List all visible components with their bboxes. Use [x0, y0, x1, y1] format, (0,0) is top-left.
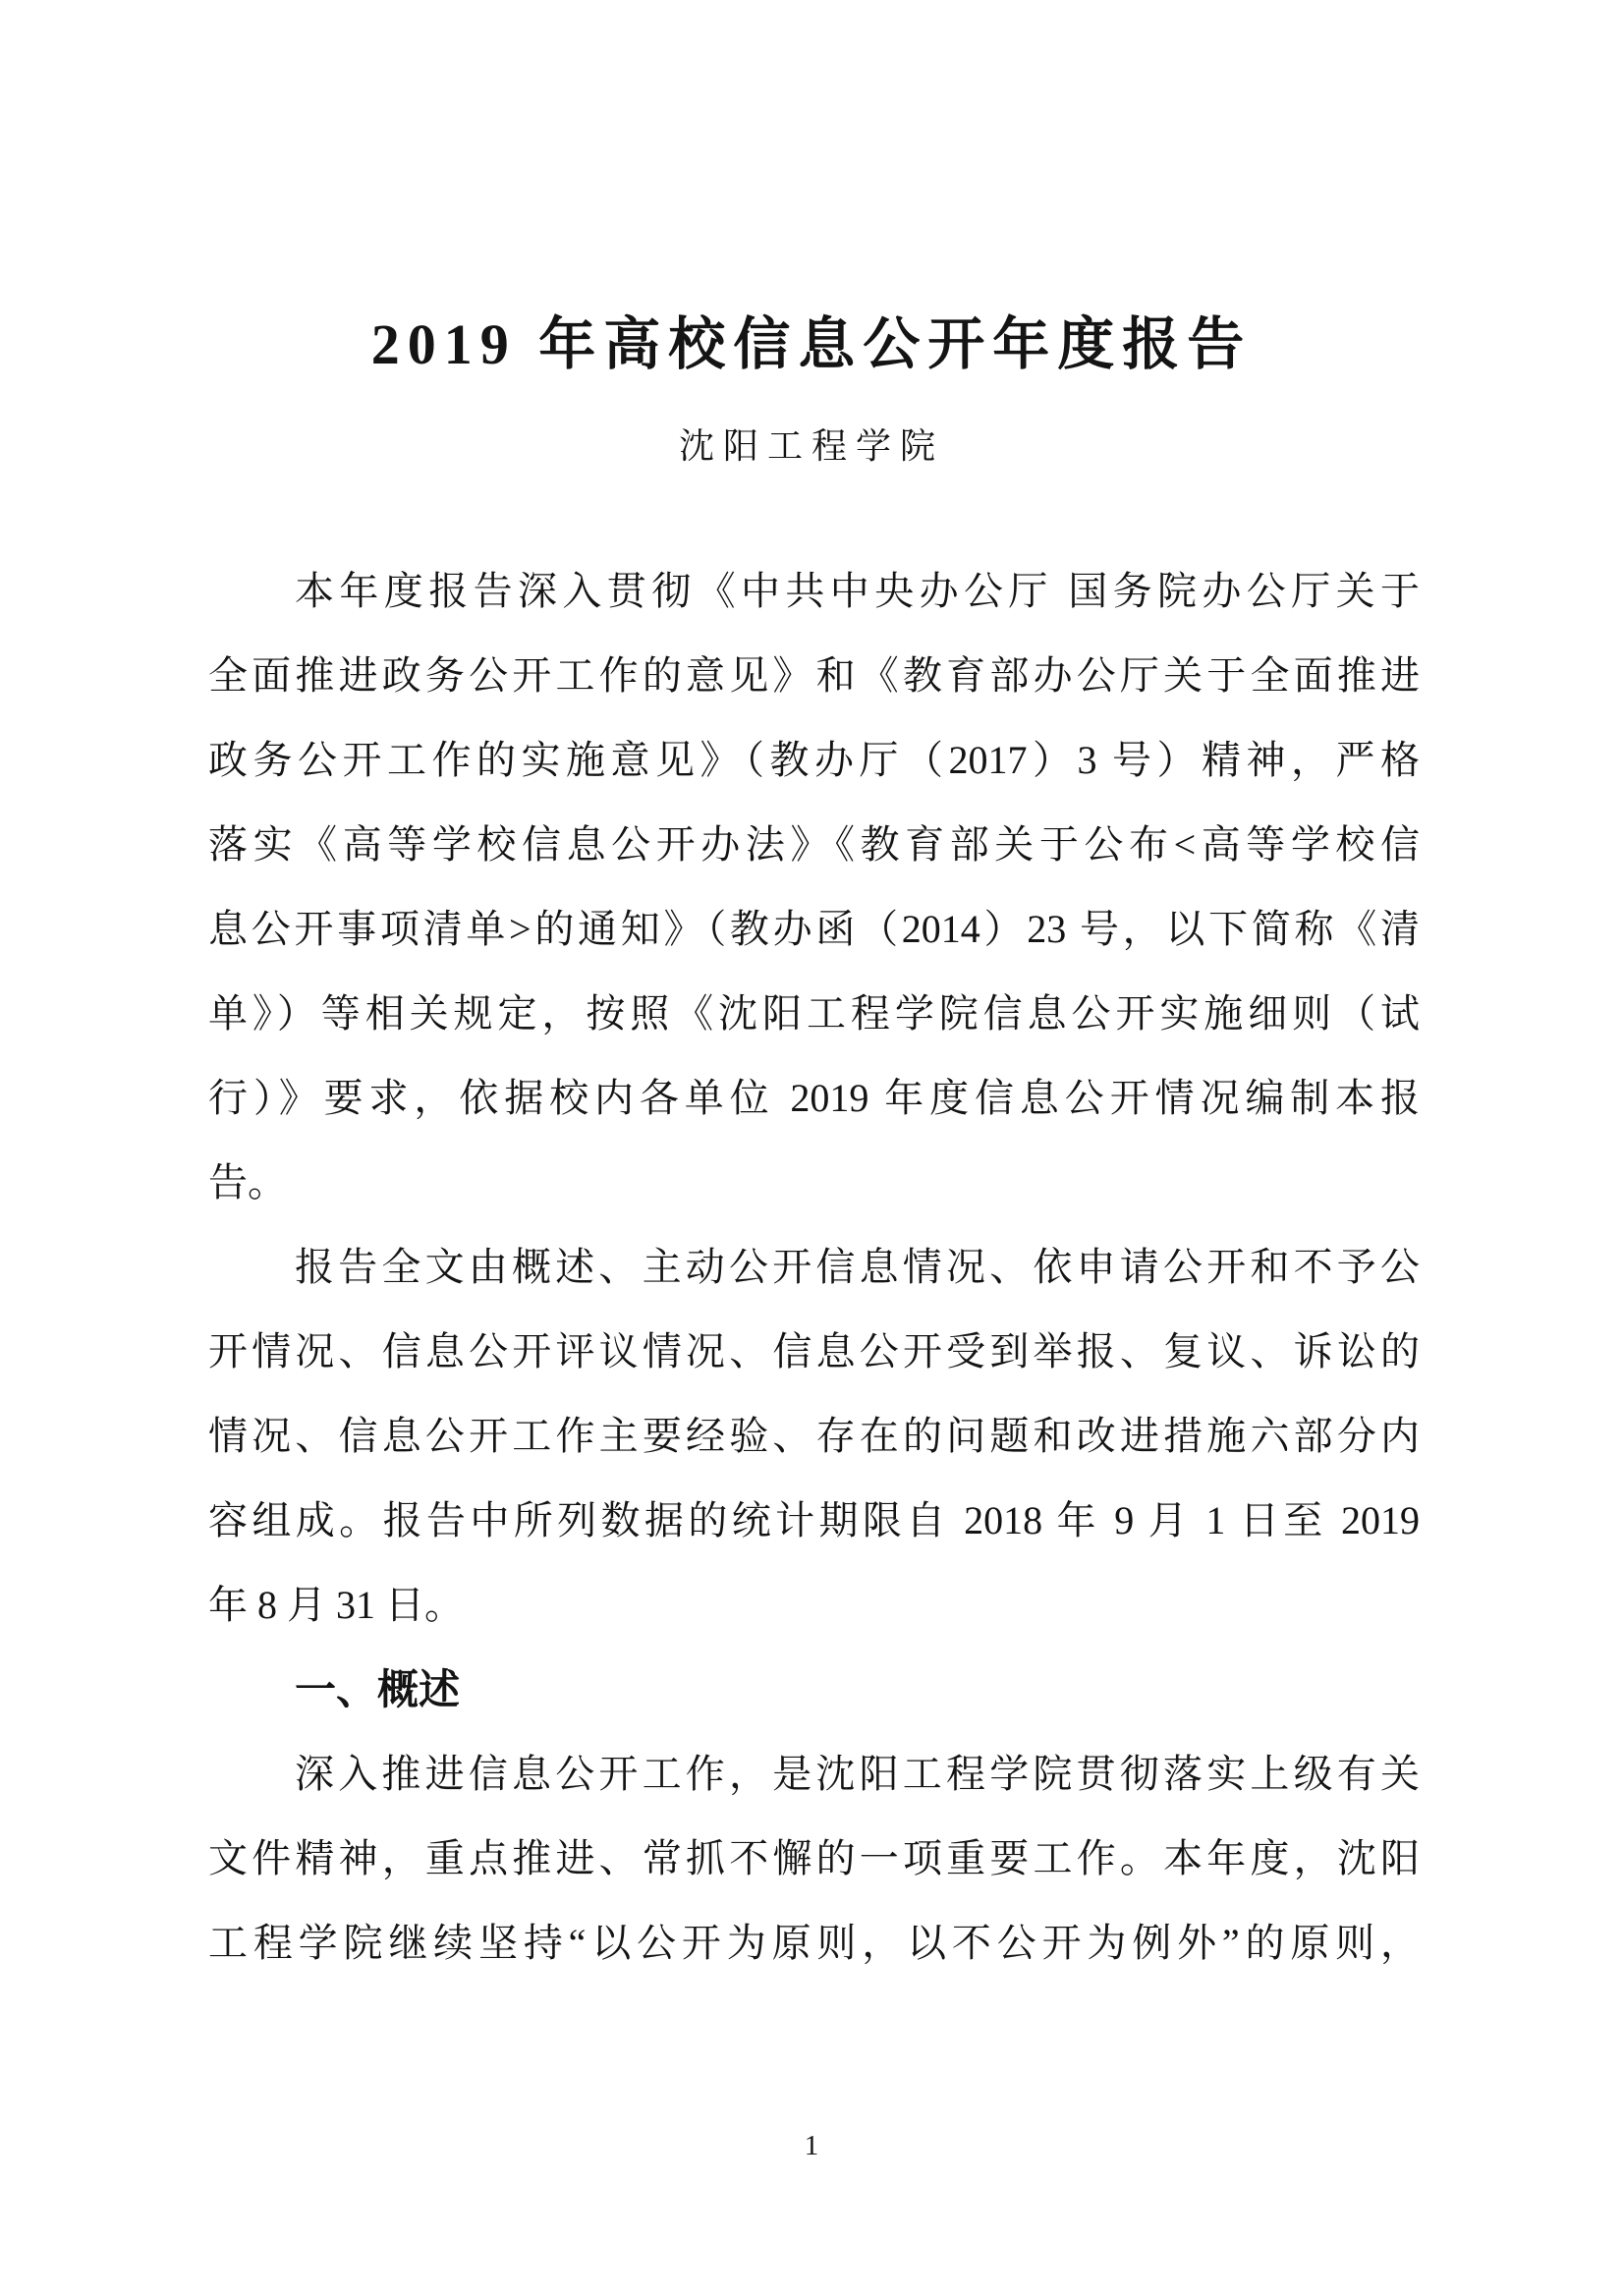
body-line: 开情况、信息公开评议情况、信息公开受到举报、复议、诉讼的 — [208, 1310, 1420, 1394]
body-line: 政务公开工作的实施意见》（教办厅（2017）3 号）精神，严格 — [208, 718, 1420, 803]
section-heading: 一、概述 — [208, 1648, 1420, 1732]
body-line: 行）》要求，依据校内各单位 2019 年度信息公开情况编制本报 — [208, 1056, 1420, 1141]
page-number: 1 — [0, 2128, 1623, 2163]
body-line: 情况、信息公开工作主要经验、存在的问题和改进措施六部分内 — [208, 1394, 1420, 1479]
body-line: 单》）等相关规定，按照《沈阳工程学院信息公开实施细则（试 — [208, 972, 1420, 1056]
body-line: 深入推进信息公开工作，是沈阳工程学院贯彻落实上级有关 — [208, 1732, 1420, 1817]
body-line: 文件精神，重点推进、常抓不懈的一项重要工作。本年度，沈阳 — [208, 1817, 1420, 1901]
body-line: 报告全文由概述、主动公开信息情况、依申请公开和不予公 — [208, 1225, 1420, 1310]
body-line: 年 8 月 31 日。 — [208, 1563, 1420, 1648]
body-line: 落实《高等学校信息公开办法》《教育部关于公布<高等学校信 — [208, 803, 1420, 887]
document-subtitle: 沈阳工程学院 — [0, 424, 1623, 468]
body-line: 全面推进政务公开工作的意见》和《教育部办公厅关于全面推进 — [208, 634, 1420, 718]
body-text: 本年度报告深入贯彻《中共中央办公厅 国务院办公厅关于 全面推进政务公开工作的意见… — [208, 549, 1420, 1986]
body-line: 本年度报告深入贯彻《中共中央办公厅 国务院办公厅关于 — [208, 549, 1420, 634]
document-title: 2019 年高校信息公开年度报告 — [0, 314, 1623, 375]
body-line: 工程学院继续坚持“以公开为原则，以不公开为例外”的原则， — [208, 1901, 1420, 1986]
body-line: 容组成。报告中所列数据的统计期限自 2018 年 9 月 1 日至 2019 — [208, 1479, 1420, 1563]
body-line: 告。 — [208, 1141, 1420, 1225]
body-line: 息公开事项清单>的通知》（教办函（2014）23 号，以下简称《清 — [208, 887, 1420, 972]
document-page: 2019 年高校信息公开年度报告 沈阳工程学院 本年度报告深入贯彻《中共中央办公… — [0, 0, 1623, 2296]
